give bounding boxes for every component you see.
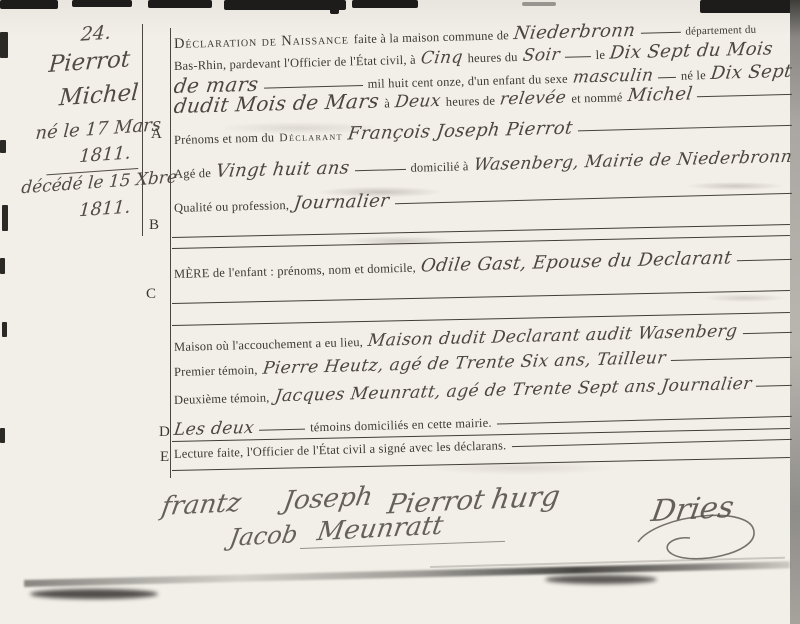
fill-rule — [565, 55, 591, 58]
fill-rule — [697, 93, 792, 97]
scan-smudge-band — [24, 561, 790, 587]
printed-label: et nommé — [571, 90, 623, 106]
printed-label: Premier témoin, — [174, 363, 258, 380]
signature-declarant-first: frantz — [159, 488, 243, 522]
prev-page-edge-fragment — [0, 0, 58, 9]
handwritten-child-name: Michel — [626, 83, 693, 106]
printed-label: heures du — [467, 50, 517, 66]
printed-label: faite à la maison commune de — [354, 28, 510, 47]
section-label-c: C — [146, 286, 156, 303]
margin-death-year: 1811. — [78, 197, 131, 222]
section-label-d: D — [159, 424, 170, 441]
printed-label: Maison où l'accouchement a eu lieu, — [174, 335, 363, 355]
handwritten-month-ref: dudit Mois de Mars — [172, 89, 380, 118]
section-divider — [172, 290, 790, 304]
declarant-age-row: Agé de Vingt huit ans domicilié à Wasenb… — [174, 146, 792, 183]
declarant-name-row: Prénoms et nom du Déclarant François Jos… — [174, 112, 792, 149]
handwritten-birth-place: Maison dudit Declarant audit Wasenberg — [367, 321, 739, 351]
page-edge-mark — [2, 322, 7, 337]
prev-page-edge-fragment — [352, 0, 418, 8]
handwritten-commune: Niederbronn — [512, 20, 636, 44]
prev-page-edge-fragment — [72, 0, 132, 7]
margin-death-line: décédé le 15 Xbre — [21, 167, 178, 198]
declarant-profession-row: Qualité ou profession, Journalier — [174, 180, 792, 217]
printed-label: à — [384, 96, 390, 111]
signature-witness-surname: Meunratt — [315, 511, 445, 547]
handwritten-witness-2: Jacques Meunratt, agé de Trente Sept ans… — [273, 374, 752, 407]
section-divider — [172, 235, 790, 249]
margin-birth-year: 1811. — [79, 142, 132, 167]
handwritten-age: Vingt huit ans — [215, 157, 351, 182]
printed-label: MÈRE de l'enfant : prénoms, nom et domic… — [174, 261, 416, 282]
handwritten-declarant-name: François Joseph Pierrot — [346, 118, 574, 145]
scan-smudge — [545, 575, 657, 584]
section-label-b: B — [149, 217, 159, 234]
fill-rule — [394, 192, 791, 204]
signature-extra: hurg — [489, 479, 562, 515]
margin-given-name: Michel — [58, 80, 139, 112]
handwritten-domicile: Wasenberg, Mairie de Niederbronn — [472, 147, 793, 175]
page-edge-mark — [0, 258, 5, 274]
fill-rule — [670, 356, 791, 361]
prev-page-edge-fragment — [330, 0, 339, 14]
margin-column-rule — [142, 24, 143, 236]
prev-page-edge-fragment — [700, 0, 792, 13]
printed-label: Agé de — [174, 166, 211, 182]
printed-label: domicilié à — [410, 159, 468, 176]
handwritten-mother: Odile Gast, Epouse du Declarant — [419, 247, 733, 276]
section-divider — [172, 224, 790, 238]
printed-label: Déclarant — [279, 131, 343, 145]
form-column-rule — [170, 28, 171, 478]
handwritten-period: Soir — [521, 45, 561, 66]
fill-rule — [658, 76, 676, 78]
fill-rule — [259, 428, 305, 431]
handwritten-hour: Cinq — [419, 47, 464, 68]
signature-declarant-middle: Joseph — [281, 482, 375, 517]
fill-rule — [578, 124, 792, 132]
printed-label: Qualité ou profession, — [174, 198, 290, 216]
fill-rule — [756, 384, 792, 387]
section-label-e: E — [160, 449, 169, 466]
section-label-a: A — [151, 126, 162, 143]
fill-rule — [264, 84, 363, 89]
printed-label: Lecture faite, l'Officier de l'État civi… — [174, 438, 507, 462]
handwritten-relevee: relevée — [499, 88, 568, 110]
printed-label: témoins domiciliés en cette mairie. — [310, 416, 492, 436]
page-edge-mark — [0, 428, 5, 443]
fill-rule — [511, 438, 791, 447]
prev-page-edge-fragment — [224, 0, 346, 10]
signature-witness-first: Jacob — [227, 520, 299, 551]
birth-act-scan-page: 24. Pierrot Michel né le 17 Mars 1811. d… — [0, 0, 800, 624]
printed-label: Prénoms et nom du — [174, 130, 275, 148]
prev-page-edge-fragment — [522, 2, 556, 6]
fill-rule — [355, 168, 406, 171]
fill-rule — [640, 31, 680, 34]
fill-rule — [737, 258, 792, 261]
margin-annotation: 24. Pierrot Michel né le 17 Mars 1811. d… — [18, 15, 193, 241]
handwritten-witness-1: Pierre Heutz, agé de Trente Six ans, Tai… — [261, 348, 666, 379]
printed-label: heures de — [446, 94, 496, 110]
printed-label: département du — [685, 24, 756, 38]
margin-surname: Pierrot — [48, 46, 131, 78]
fill-rule — [742, 331, 791, 334]
page-edge-mark — [2, 205, 8, 231]
page-edge-mark — [0, 32, 8, 58]
fill-rule — [497, 415, 792, 425]
scan-smudge — [30, 589, 158, 599]
handwritten-profession: Journalier — [293, 190, 391, 214]
printed-label: le — [595, 48, 605, 63]
printed-label: Deuxième témoin, — [174, 391, 270, 408]
page-edge-mark — [0, 140, 6, 153]
mother-row: MÈRE de l'enfant : prénoms, nom et domic… — [174, 246, 792, 283]
act-number: 24. — [80, 21, 112, 45]
prev-page-edge-fragment — [148, 0, 212, 8]
handwritten-les-deux: Les deux — [173, 418, 256, 440]
handwritten-birth-hour: Deux — [394, 91, 442, 112]
